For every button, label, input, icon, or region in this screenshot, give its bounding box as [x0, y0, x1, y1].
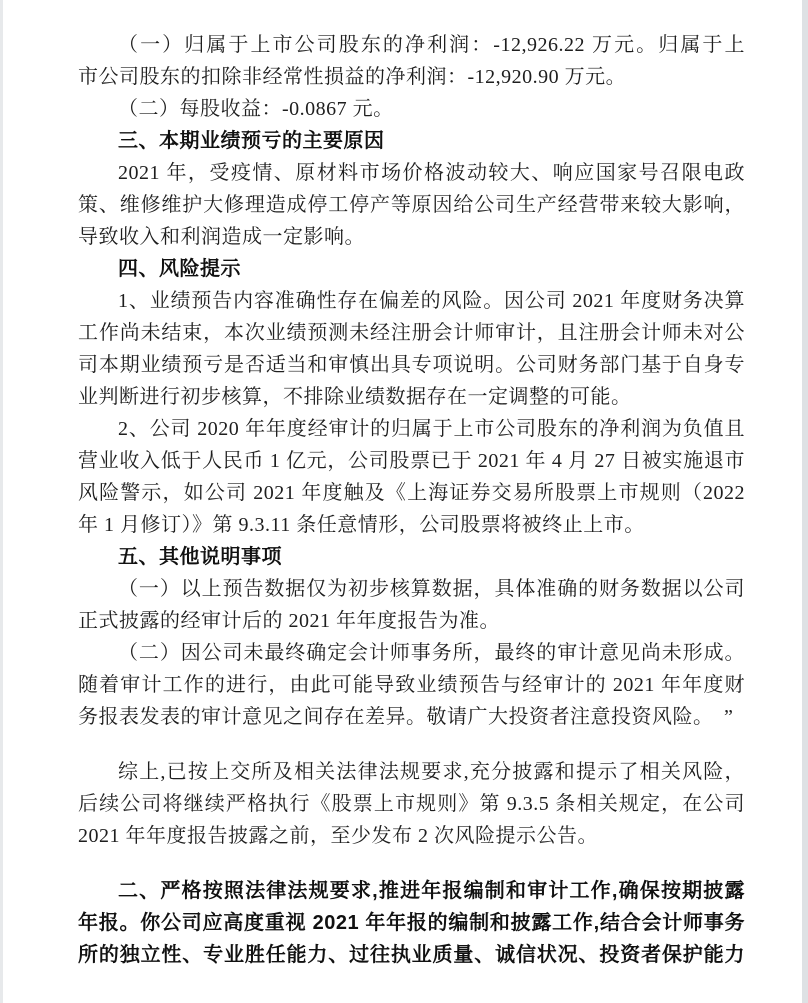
text-line: 综上,已按上交所及相关法律法规要求,充分披露和提示了相关风险， [78, 756, 745, 788]
text-line: 工作尚未结束，本次业绩预测未经注册会计师审计，且注册会计师未对公 [78, 317, 745, 349]
text-line: 2021 年年度报告披露之前，至少发布 2 次风险提示公告。 [78, 820, 745, 852]
text-line: 随着审计工作的进行，由此可能导致业绩预告与经审计的 2021 年年度财 [78, 669, 745, 701]
text-line: 年 1 月修订）》第 9.3.11 条任意情形，公司股票将被终止上市。 [78, 509, 745, 541]
document-page: （一）归属于上市公司股东的净利润：-12,926.22 万元。归属于上市公司股东… [0, 0, 808, 1003]
text-line: （二）因公司未最终确定会计师事务所，最终的审计意见尚未形成。 [78, 637, 745, 669]
text-line: （一）归属于上市公司股东的净利润：-12,926.22 万元。归属于上 [78, 29, 745, 61]
text-line: 司本期业绩预亏是否适当和审慎出具专项说明。公司财务部门基于自身专 [78, 349, 745, 381]
bold-text-line: 年报。你公司应高度重视 2021 年年报的编制和披露工作,结合会计师事务 [78, 907, 745, 939]
page-left-edge [0, 0, 3, 1003]
section-heading: 五、其他说明事项 [78, 541, 745, 573]
text-line: 后续公司将继续严格执行《股票上市规则》第 9.3.5 条相关规定，在公司 [78, 788, 745, 820]
text-line: 业判断进行初步核算，不排除业绩数据存在一定调整的可能。 [78, 381, 745, 413]
text-line: 务报表发表的审计意见之间存在差异。敬请广大投资者注意投资风险。 ” [78, 701, 745, 733]
text-line: 2、公司 2020 年年度经审计的归属于上市公司股东的净利润为负值且 [78, 413, 745, 445]
bold-text-line: 二、严格按照法律法规要求,推进年报编制和审计工作,确保按期披露 [78, 875, 745, 907]
page-right-edge [802, 0, 808, 1003]
text-line: （二）每股收益：-0.0867 元。 [78, 93, 745, 125]
text-line: （一）以上预告数据仅为初步核算数据，具体准确的财务数据以公司 [78, 573, 745, 605]
text-line: 2021 年，受疫情、原材料市场价格波动较大、响应国家号召限电政 [78, 157, 745, 189]
text-line: 正式披露的经审计后的 2021 年年度报告为准。 [78, 605, 745, 637]
text-line: 策、维修维护大修理造成停工停产等原因给公司生产经营带来较大影响， [78, 189, 745, 221]
text-line: 导致收入和利润造成一定影响。 [78, 221, 745, 253]
bold-text-line: 所的独立性、专业胜任能力、过往执业质量、诚信状况、投资者保护能力 [78, 939, 745, 971]
text-line: 风险警示，如公司 2021 年度触及《上海证券交易所股票上市规则（2022 [78, 477, 745, 509]
text-line: 营业收入低于人民币 1 亿元，公司股票已于 2021 年 4 月 27 日被实施… [78, 445, 745, 477]
text-line: 1、业绩预告内容准确性存在偏差的风险。因公司 2021 年度财务决算 [78, 285, 745, 317]
section-heading: 四、风险提示 [78, 253, 745, 285]
section-heading: 三、本期业绩预亏的主要原因 [78, 125, 745, 157]
text-line: 市公司股东的扣除非经常性损益的净利润：-12,920.90 万元。 [78, 61, 745, 93]
document-body: （一）归属于上市公司股东的净利润：-12,926.22 万元。归属于上市公司股东… [78, 29, 745, 971]
